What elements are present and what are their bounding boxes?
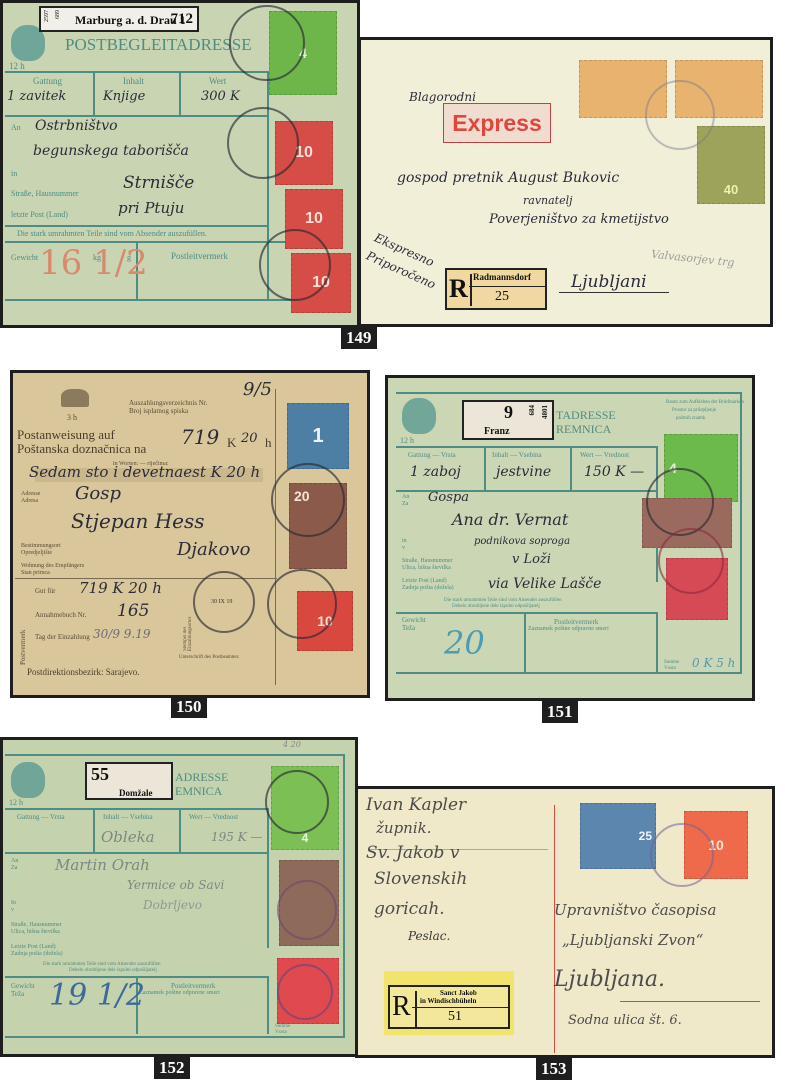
stamp-box-note: Prostor za prilepljenje [672,408,716,413]
sender-notice: Die stark umrahmten Teile sind vom Absen… [444,598,561,603]
footer-text: Postdirektionsbezirk: Sarajevo. [27,667,139,677]
money-order-title: Poštanska doznačnica na [17,441,146,457]
postal-money-order[interactable]: 3 h Auszahlungsverzeichnis Nr. Broj ispl… [10,370,370,698]
address-label: Straße, Hausnummer [402,558,453,564]
amount-k-label: K [227,435,236,451]
einzahlung-value: 30/9 9.19 [93,627,150,641]
registration-letter: R [449,274,472,306]
inhalt-value: Knjige [103,89,145,104]
sender-line: Slovenskih [374,869,467,889]
address-line: Strnišče [123,173,194,193]
address-line: Djakovo [177,539,251,560]
cancel-date: 30 IX 19 [211,599,232,605]
postleitvermerk-label: Postleitvermerk [554,618,598,626]
postmark-cancel [645,80,715,150]
sender-notice: Die stark umrahmten Teile sind vom Absen… [17,229,207,238]
form-title: REMNICA [556,422,611,437]
address-label: Letzte Post (Land) [11,944,56,950]
sender-line: Sv. Jakob v [366,843,459,863]
address-line: Ljubljani [571,272,647,292]
destination-label: Bestimmungsort [21,543,61,549]
address-line: „Ljubljanski Zvon“ [562,931,703,949]
address-line: Ana dr. Vernat [452,510,568,529]
address-label: Letzte Post (Land) [402,578,447,584]
address-line: Upravništvo časopisa [554,901,716,919]
address-line: podnikova soproga [474,536,570,547]
registration-label: R Radmannsdorf 25 [445,268,547,310]
column-inhalt: Inhalt [123,76,144,86]
address-line: Yermice ob Savi [127,878,224,892]
weight-label: Teža [402,624,415,632]
address-line: Gosp [75,483,121,504]
postmark-cancel [271,463,345,537]
amount-h-label: h [265,435,272,451]
weight-label: Gewicht [11,253,38,262]
registration-office: in Windischbüheln [420,997,476,1005]
form-title: EMNICA [175,784,222,799]
postmark-cancel-domzale [265,770,329,834]
address-line: v Loži [512,552,551,567]
address-line: Ljubljana. [554,967,665,992]
label-number: 712 [171,11,194,28]
lot-number: 152 [154,1057,190,1079]
label-code: 689 [55,10,61,19]
postmark-cancel-domzale [277,880,337,940]
address-label: Zadnja pošta (dežela) [402,585,454,591]
address-line: ravnatelj [523,194,573,207]
column-gattung: Gattung [33,76,62,86]
crest-icon [61,389,89,407]
express-cover[interactable]: Blagorodni Express gospod pretnik August… [358,37,773,327]
address-line: Stjepan Hess [71,509,205,533]
label-office: Franz [484,426,510,437]
address-label: Za [402,501,408,507]
column-inhalt: Inhalt — Vsebina [103,813,153,821]
postmark-cancel-domzale [277,964,333,1020]
address-label: Adresa [21,498,38,504]
wert-value: 150 K — [584,464,644,480]
postmark-cancel-vran [646,468,714,536]
weight-value: 19 1/2 [49,978,145,1013]
gattung-value: 1 zavitek [7,89,66,104]
annahmebuch-label: Annahmebuch Nr. [35,611,86,619]
sender-line: Ivan Kapler [366,795,466,815]
label-number: 9 [504,402,513,423]
address-label: An [11,858,18,864]
address-line: pri Ptuju [118,199,184,217]
postleitvermerk-label: Postleitvermerk [171,982,215,990]
signature-label: Unterschrift des Postbeamten: [179,655,239,660]
weight-value: 20 [444,624,485,662]
registration-number: 51 [448,1009,462,1025]
address-line: gospod pretnik August Bukovic [397,170,619,186]
address-label: In [11,900,16,906]
pencil-note: Valvasorjev trg [651,248,736,270]
gut-fur-label: Gut für [35,587,55,595]
sender-line: župnik. [376,819,431,837]
address-label: Straße, Hausnummer [11,922,62,928]
form-title: TADRESSE [556,408,616,423]
summe-label: Summe [275,1024,290,1029]
verzeichnis-value: 9/5 [243,379,272,400]
eagle-crest-icon [402,398,436,434]
postmark-cancel-sv-jakob [650,823,714,887]
verzeichnis-label: Auszahlungsverzeichnis Nr. [129,399,208,407]
destination-label: Opredjeljište [21,550,52,556]
address-line: Ostrbništvo [35,118,118,134]
summe-label: Vsota [664,666,676,671]
postmark-cancel [267,569,337,639]
registration-label: 9 Franz 684 4801 [462,400,554,440]
address-line: Dobrljevo [143,898,202,912]
address-line: Martin Orah [55,856,150,874]
registration-office: Radmannsdorf [473,272,531,282]
lot-number: 151 [542,701,578,723]
eagle-crest-icon [11,762,45,798]
postleitvermerk-label: Zaznamek poštne odpravne smeri [139,990,220,996]
address-line: Sodna ulica št. 6. [568,1013,682,1028]
registration-label: R Sanct Jakob in Windischbüheln 51 [388,985,510,1029]
amount-heller: 20 [241,431,258,446]
label-code: 4801 [541,405,549,419]
column-wert: Wert — Vrednost [580,451,629,459]
label-code: 684 [528,405,536,416]
address-line: via Velike Lašče [488,576,601,592]
stamp-box-note: Raum zum Aufkleben der Briefmarken [666,400,744,405]
label-office: Domžale [119,788,153,798]
stamp-box-note: poštnih znamk [676,416,705,421]
postleitvermerk-label: Postleitvermerk [171,251,228,261]
words-value: Sedam sto i devetnaest K 20 h [29,463,260,481]
postmark-cancel [229,5,305,81]
wert-value: 195 K — [211,830,263,844]
express-label: Express [443,103,551,143]
summe-value: 0 K 5 h [692,656,735,670]
stamp-olive-40: 40 [697,126,765,204]
postvermerk-label: Postvermerk [19,593,27,665]
summe-label: Vsota [275,1030,287,1035]
column-inhalt: Inhalt — Vsebina [492,451,542,459]
lot-number: 150 [171,696,207,718]
weight-label: Teža [11,990,24,998]
form-title: ADRESSE [175,770,228,785]
address-label: Zadnja pošta (dežela) [11,951,63,957]
column-wert: Wert — Vrednost [189,813,238,821]
address-label: v [402,545,405,551]
address-line: begunskega taborišča [33,143,189,159]
address-label: An [402,494,409,500]
sender-notice: Debelo obrobljene dele izpolni odpošilja… [452,604,540,609]
label-number: 55 [91,764,109,785]
registration-letter: R [392,991,417,1027]
inhalt-value: Obleka [101,828,155,846]
recipient-address-label: Wohnung des Empfängers [21,563,84,569]
address-line: Poverjeništvo za kmetijstvo [489,212,669,227]
registration-label: 55 Domžale [85,762,173,800]
parcel-card-franz[interactable]: 12 h 9 Franz 684 4801 TADRESSE REMNICA R… [385,375,755,701]
address-label: An [11,123,21,132]
column-gattung: Gattung — Vrsta [408,451,456,459]
sender-notice: Debelo obrobljene dele izpolni odpošilja… [69,968,157,973]
salutation: Blagorodni [409,90,476,104]
label-office: Marburg a. d. Drau 1 [75,13,186,28]
weight-value: 16 1/2 [39,243,148,283]
top-note: 4 20 [283,740,301,749]
gattung-value: 1 zaboj [410,464,461,480]
postmark-cancel-vran [658,528,724,594]
address-label: v [11,907,14,913]
sender-line: Peslac. [408,929,450,943]
address-label: Ulica, hišna številka [11,929,60,935]
inhalt-value: jestvine [496,464,551,480]
registered-postcard[interactable]: Ivan Kapler župnik. Sv. Jakob v Slovensk… [355,786,775,1058]
parcel-card-domzale[interactable]: 4 20 12 h 55 Domžale ADRESSE EMNICA Gatt… [0,737,358,1057]
address-label: Ulica, hišna številka [402,565,451,571]
crest-value: 3 h [67,413,77,422]
divider-line [554,805,555,1053]
sender-line: goricah. [374,899,445,919]
annahmebuch-value: 165 [117,601,149,621]
registration-office: Sanct Jakob [440,989,477,997]
stamp-blue-25: 25 [580,803,656,869]
address-label: Straße, Hausnummer [11,189,79,198]
lot-number: 153 [536,1058,572,1080]
crest-value: 12 h [9,798,23,807]
stamp-blue-1-kruna: 1 [287,403,349,469]
column-wert: Wert [209,76,226,86]
crest-value: 12 h [400,436,414,445]
column-gattung: Gattung — Vrsta [17,813,65,821]
recipient-address-label: Stan primca [21,570,50,576]
einzahlung-label: Tag der Einzahlung [35,633,90,641]
label-code: 2597 [44,10,50,22]
address-label: Za [11,865,17,871]
summe-label: Summe [664,660,679,665]
registration-label: 2597 689 Marburg a. d. Drau 1 712 [39,6,199,32]
registration-number: 25 [495,289,509,305]
address-label: in [11,169,17,178]
parcel-card-marburg[interactable]: 12 h 2597 689 Marburg a. d. Drau 1 712 P… [0,0,360,328]
address-label: Adresse [21,491,40,497]
form-title: POSTBEGLEITADRESSE [65,35,252,55]
weight-label: Gewicht [11,982,35,990]
verzeichnis-label: Broj isplatnog spiska [129,407,188,415]
address-label: in [402,538,407,544]
address-line: Gospa [428,490,469,505]
stempel-label: Stempel des Einzahlungsortes [183,611,193,651]
weight-label: Gewicht [402,616,426,624]
gut-fur-value: 719 K 20 h [79,579,162,597]
lot-number: 149 [341,327,377,349]
postmark-cancel [227,107,299,179]
wert-value: 300 K [201,89,240,104]
address-label: letzte Post (Land) [11,210,68,219]
amount-kronen: 719 [181,425,219,449]
sender-notice: Die stark umrahmten Teile sind vom Absen… [43,962,160,967]
postleitvermerk-label: Zaznamek poštne odpravne smeri [528,626,609,632]
crest-value: 12 h [9,61,25,71]
postmark-cancel [259,229,331,301]
